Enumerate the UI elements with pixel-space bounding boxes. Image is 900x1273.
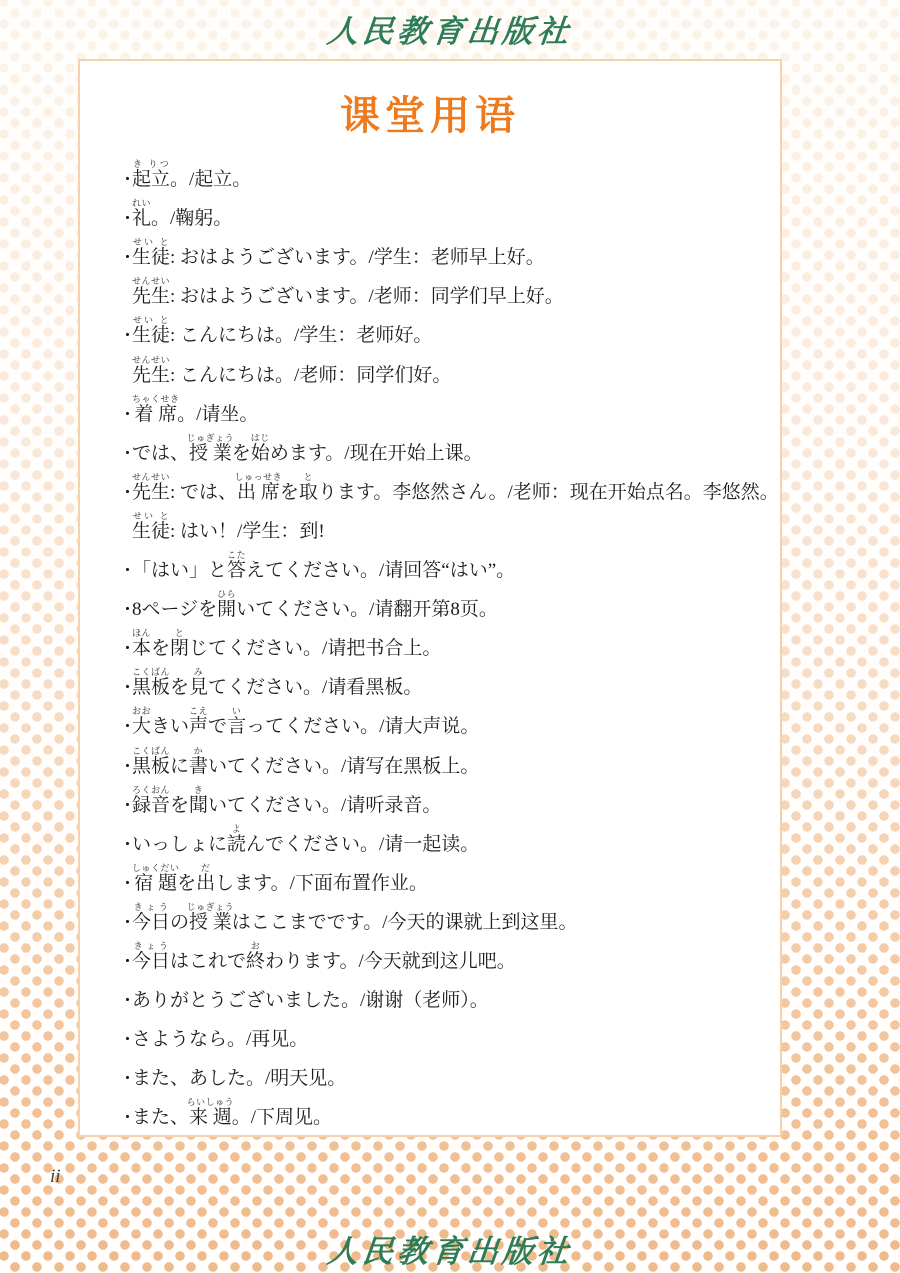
list-item: ・礼れい。/鞠躬。	[119, 192, 768, 231]
phrase-text: 録音ろくおんを聞きいてください。/请听录音。	[132, 785, 441, 818]
bullet-marker: ・	[119, 481, 132, 505]
bullet-marker: ・	[119, 755, 132, 779]
phrase-text: 生徒せい と: こんにちは。/学生：老师好。	[132, 315, 432, 348]
phrase-text: 本ほんを閉とじてください。/请把书合上。	[132, 628, 441, 661]
phrase-text: 黒板こくばんを見みてください。/请看黑板。	[132, 667, 422, 700]
bullet-marker: ・	[119, 872, 132, 896]
phrase-text: 今日きょうの授業じゅぎょうはここまでです。/今天的课就上到这里。	[132, 902, 578, 935]
list-item: ・生徒せい と: おはようございます。/学生：老师早上好。	[119, 231, 768, 270]
content-box: 课堂用语 ・起立き りつ。/起立。・礼れい。/鞠躬。・生徒せい と: おはようご…	[78, 59, 782, 1137]
bullet-marker: ・	[119, 989, 132, 1013]
phrase-text: ありがとうございました。/谢谢（老师）。	[132, 989, 489, 1013]
list-item: 生徒せい と: はい！/学生：到!	[119, 505, 768, 544]
bullet-marker: ・	[119, 403, 132, 427]
list-item: 先生せんせい: こんにちは。/老师：同学们好。	[119, 348, 768, 387]
bullet-marker: ・	[119, 833, 132, 857]
phrase-text: 大おおきい声こえで言いってください。/请大声说。	[132, 706, 479, 739]
bullet-marker: ・	[119, 676, 132, 700]
bullet-marker: ・	[119, 637, 132, 661]
phrase-text: 礼れい。/鞠躬。	[132, 198, 232, 231]
bullet-marker: ・	[119, 794, 132, 818]
bullet-marker: ・	[119, 324, 132, 348]
list-item: ・起立き りつ。/起立。	[119, 153, 768, 192]
bullet-marker: ・	[119, 442, 132, 466]
list-item: ・いっしょに読よんでください。/请一起读。	[119, 818, 768, 857]
phrase-text: では、授業じゅぎょうを始はじめます。/现在开始上课。	[132, 433, 483, 466]
list-item: ・生徒せい と: こんにちは。/学生：老师好。	[119, 309, 768, 348]
phrase-text: 8ページを開ひらいてください。/请翻开第8页。	[132, 589, 498, 622]
list-item: ・また、来週らいしゅう。/下周见。	[119, 1091, 768, 1130]
phrase-text: また、あした。/明天见。	[132, 1067, 346, 1091]
phrase-text: 起立き りつ。/起立。	[132, 159, 251, 192]
bullet-marker: ・	[119, 1106, 132, 1130]
bullet-marker: ・	[119, 598, 132, 622]
list-item: ・録音ろくおんを聞きいてください。/请听录音。	[119, 779, 768, 818]
list-item: ・では、授業じゅぎょうを始はじめます。/现在开始上课。	[119, 427, 768, 466]
bullet-marker: ・	[119, 911, 132, 935]
page-number: ii	[50, 1166, 61, 1188]
list-item: ・黒板こくばんを見みてください。/请看黑板。	[119, 661, 768, 700]
list-item: ・「はい」と答こたえてください。/请回答“はい”。	[119, 544, 768, 583]
bullet-marker: ・	[119, 168, 132, 192]
list-item: ・8ページを開ひらいてください。/请翻开第8页。	[119, 583, 768, 622]
list-item: ・ありがとうございました。/谢谢（老师）。	[119, 974, 768, 1013]
phrase-text: さようなら。/再见。	[132, 1028, 308, 1052]
bullet-marker: ・	[119, 950, 132, 974]
bullet-marker: ・	[119, 207, 132, 231]
list-item: 先生せんせい: おはようございます。/老师：同学们早上好。	[119, 270, 768, 309]
list-item: ・黒板こくばんに書かいてください。/请写在黑板上。	[119, 739, 768, 778]
bullet-marker: ・	[119, 1028, 132, 1052]
bullet-marker: ・	[119, 1067, 132, 1091]
phrase-list: ・起立き りつ。/起立。・礼れい。/鞠躬。・生徒せい と: おはようございます。…	[80, 153, 780, 1130]
list-item: ・宿題しゅくだいを出だします。/下面布置作业。	[119, 857, 768, 896]
list-item: ・さようなら。/再见。	[119, 1013, 768, 1052]
publisher-logo-bottom: 人民教育出版社	[0, 1226, 900, 1271]
bullet-marker: ・	[119, 559, 132, 583]
publisher-logo-top: 人民教育出版社	[0, 6, 900, 51]
list-item: ・着席ちゃくせき。/请坐。	[119, 388, 768, 427]
phrase-text: 「はい」と答こたえてください。/请回答“はい”。	[132, 550, 515, 583]
phrase-text: 先生せんせい: こんにちは。/老师：同学们好。	[132, 355, 451, 388]
phrase-text: 宿題しゅくだいを出だします。/下面布置作业。	[132, 863, 428, 896]
phrase-text: また、来週らいしゅう。/下周见。	[132, 1097, 332, 1130]
list-item: ・また、あした。/明天见。	[119, 1052, 768, 1091]
phrase-text: 今日きょうはこれで終おわります。/今天就到这儿吧。	[132, 941, 516, 974]
phrase-text: いっしょに読よんでください。/请一起读。	[132, 824, 479, 857]
list-item: ・先生せんせい: では、出席しゅっせきを取とります。李悠然さん。/老师：现在开始…	[119, 466, 768, 505]
phrase-text: 先生せんせい: では、出席しゅっせきを取とります。李悠然さん。/老师：现在开始点…	[132, 472, 779, 505]
phrase-text: 黒板こくばんに書かいてください。/请写在黑板上。	[132, 746, 479, 779]
textbook-page: 人民教育出版社 课堂用语 ・起立き りつ。/起立。・礼れい。/鞠躬。・生徒せい …	[0, 0, 900, 1273]
phrase-text: 生徒せい と: おはようございます。/学生：老师早上好。	[132, 237, 545, 270]
list-item: ・本ほんを閉とじてください。/请把书合上。	[119, 622, 768, 661]
phrase-text: 生徒せい と: はい！/学生：到!	[132, 511, 325, 544]
list-item: ・今日きょうはこれで終おわります。/今天就到这儿吧。	[119, 935, 768, 974]
phrase-text: 着席ちゃくせき。/请坐。	[132, 394, 258, 427]
page-title: 课堂用语	[80, 95, 780, 137]
list-item: ・今日きょうの授業じゅぎょうはここまでです。/今天的课就上到这里。	[119, 896, 768, 935]
list-item: ・大おおきい声こえで言いってください。/请大声说。	[119, 700, 768, 739]
bullet-marker: ・	[119, 715, 132, 739]
bullet-marker: ・	[119, 246, 132, 270]
phrase-text: 先生せんせい: おはようございます。/老师：同学们早上好。	[132, 276, 564, 309]
